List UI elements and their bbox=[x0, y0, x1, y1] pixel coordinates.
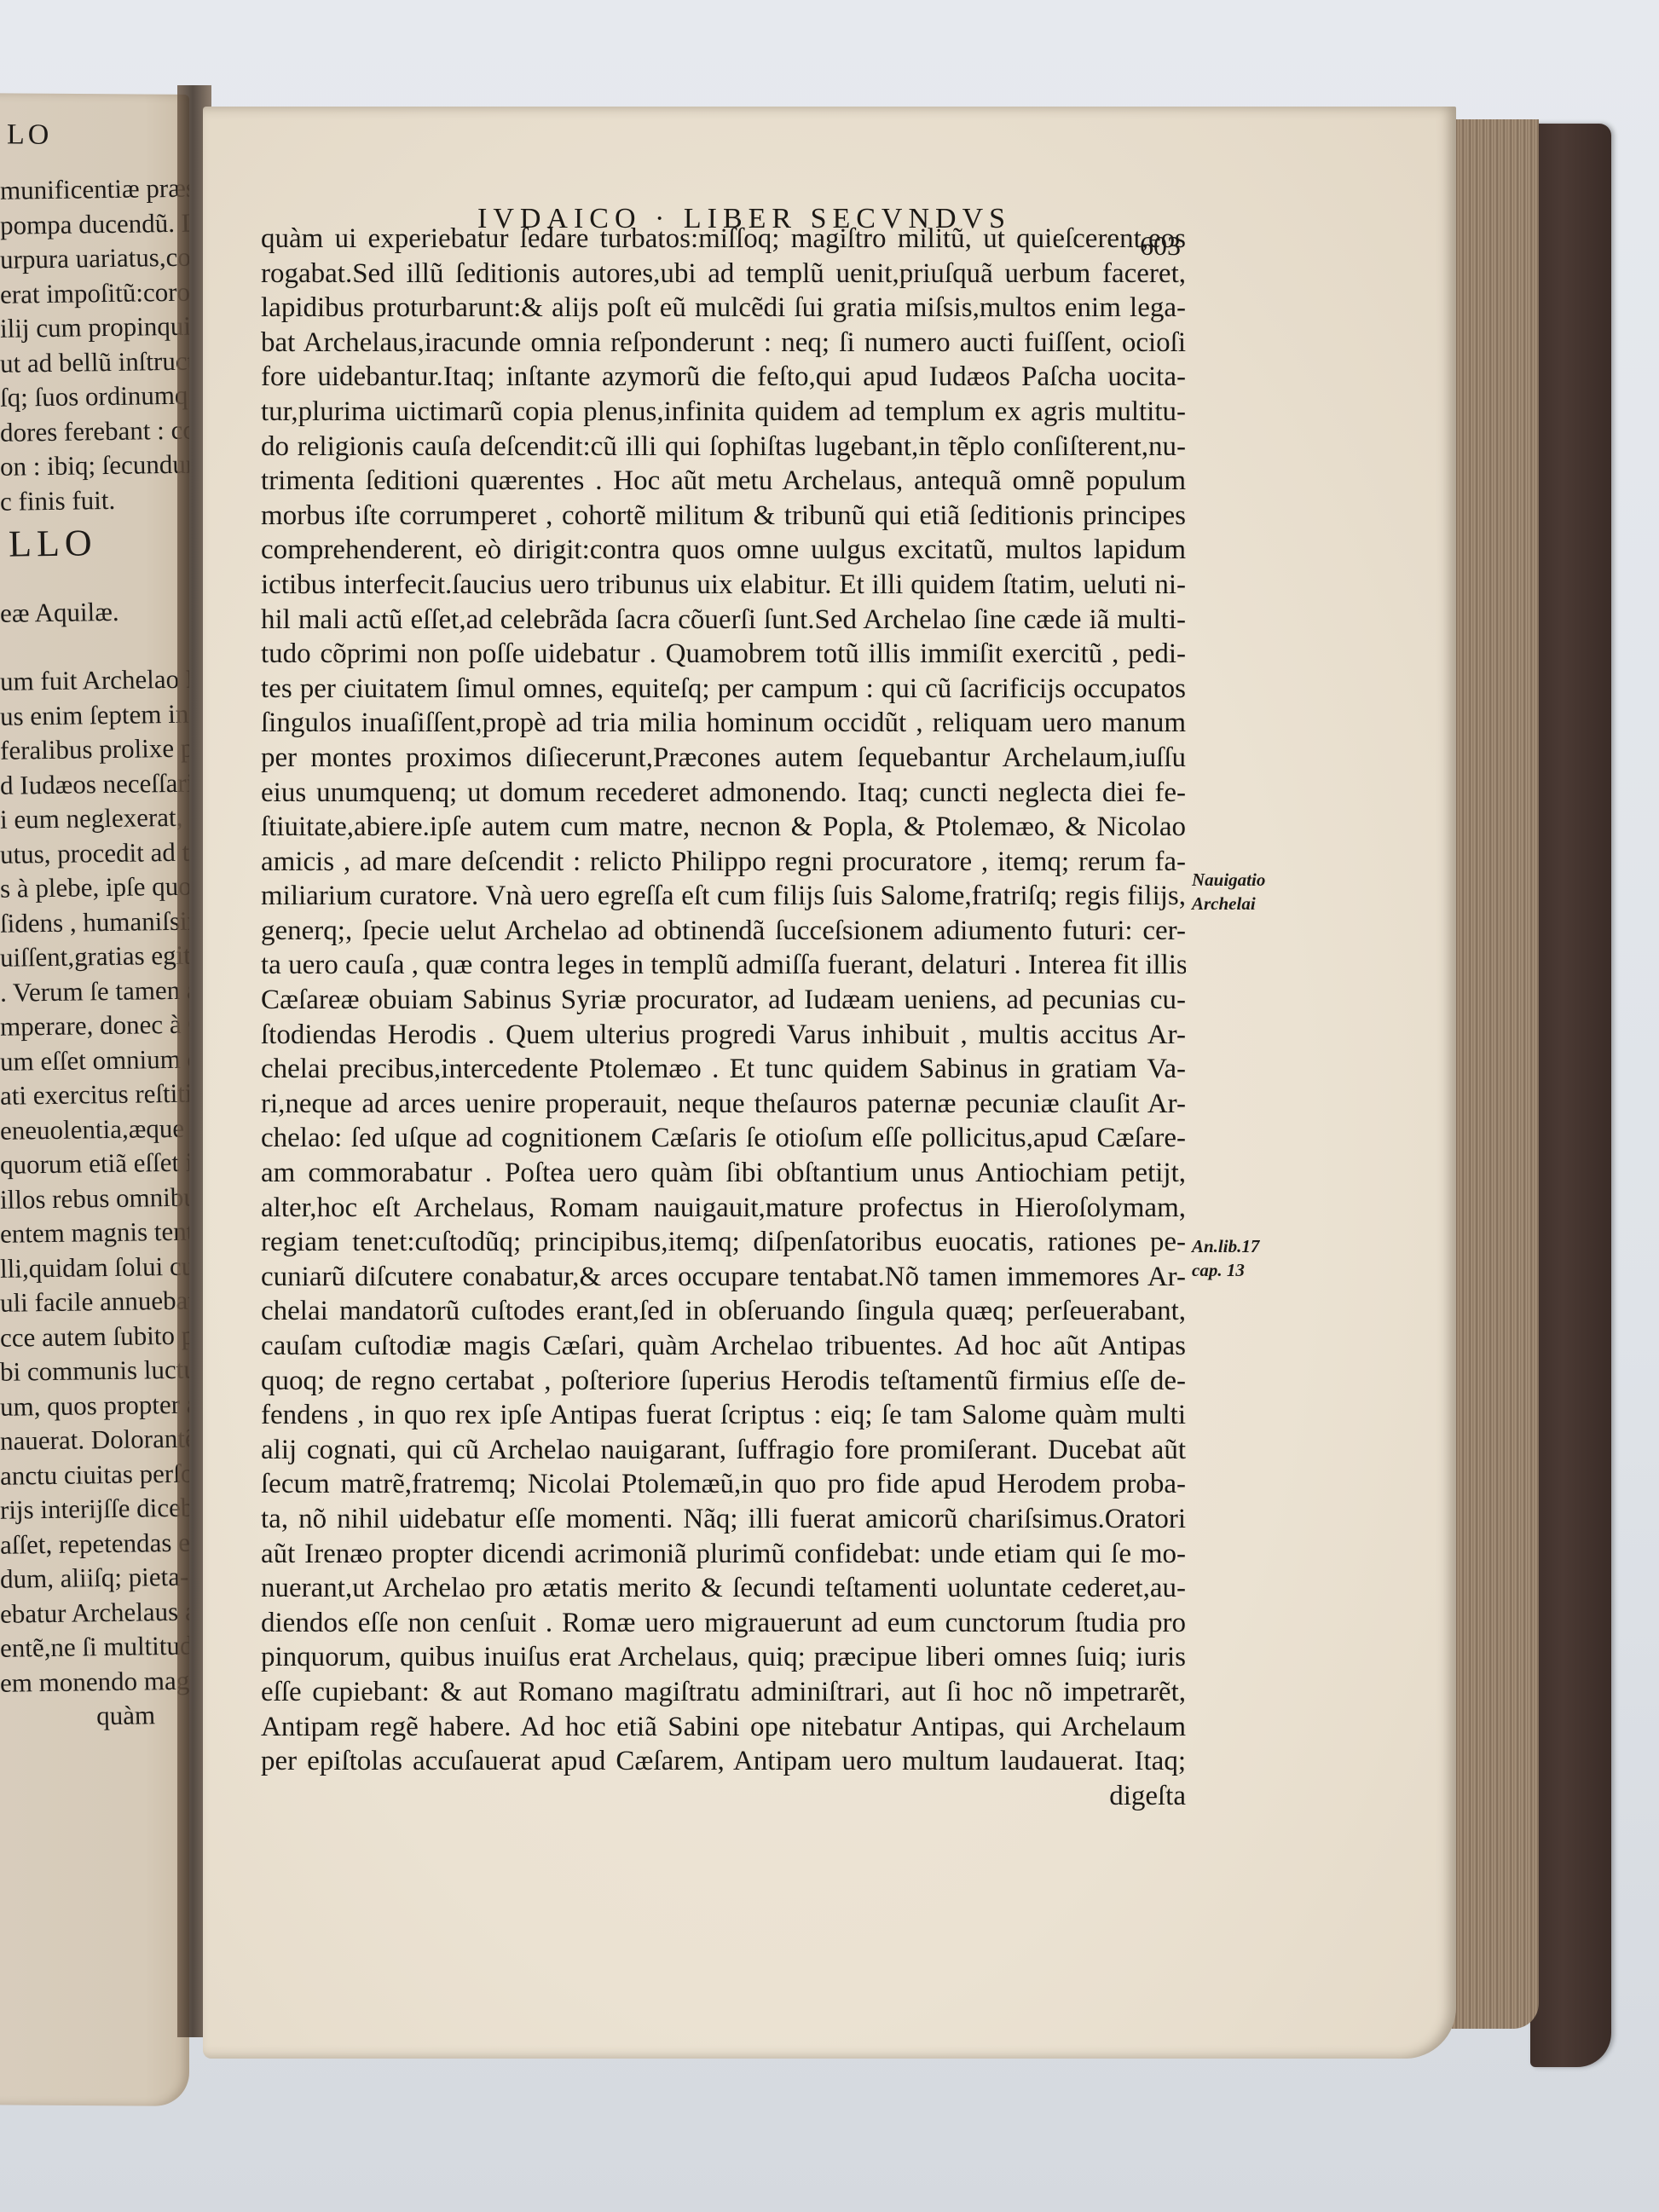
text-line: fore uidebantur.Itaq; inſtante azymorũ d… bbox=[261, 360, 1186, 395]
verso-line: mperare, donec à Cæ bbox=[0, 1008, 181, 1044]
verso-subhead: eæ Aquilæ. bbox=[0, 593, 181, 630]
verso-catchword: quàm bbox=[0, 1698, 181, 1735]
text-line: per montes proximos diſiecerunt,Præcones… bbox=[261, 741, 1186, 776]
verso-line: quorum etiã eſſet im- bbox=[0, 1146, 181, 1182]
verso-line: rijs interijſſe dicebant. bbox=[0, 1491, 181, 1528]
text-line: bat Archelaus,iracunde omnia reſponderun… bbox=[261, 326, 1186, 361]
book-cover-board bbox=[1530, 124, 1611, 2067]
verso-line: c finis fuit. bbox=[0, 482, 181, 518]
verso-line: d Iudæos neceſſario bbox=[0, 765, 181, 802]
verso-line: dores ferebant : co- bbox=[0, 413, 181, 449]
text-line: quoq; de regno certabat , poſteriore ſup… bbox=[261, 1364, 1186, 1399]
text-line: tes per ciuitatem ſimul omnes, equiteſq;… bbox=[261, 672, 1186, 707]
text-line: tur,plurima uictimarũ copia plenus,infin… bbox=[261, 395, 1186, 430]
verso-line: urpura uariatus,co- bbox=[0, 240, 181, 277]
margin-note-line: Nauigatio bbox=[1192, 868, 1265, 892]
page-fore-edges bbox=[1445, 119, 1539, 2029]
margin-note-line: Archelai bbox=[1192, 892, 1265, 915]
text-line: ictibus interfecit.ſaucius uero tribunus… bbox=[261, 568, 1186, 603]
margin-note-line: cap. 13 bbox=[1192, 1258, 1259, 1282]
verso-line: on : ibiq; ſecundum bbox=[0, 448, 181, 484]
verso-line: nauerat. Dolorantẽ bbox=[0, 1422, 181, 1458]
verso-line: pompa ducendũ. Le bbox=[0, 205, 181, 242]
verso-line: ſidens , humaniſsime bbox=[0, 904, 181, 940]
verso-line: i eum neglexerat, im- bbox=[0, 800, 181, 837]
text-line: ſtiuitate,abiere.ipſe autem cum matre, n… bbox=[261, 810, 1186, 845]
text-line: eius unumquenq; ut domum recederet admon… bbox=[261, 776, 1186, 811]
verso-line: uli facile annuebat Ar bbox=[0, 1284, 181, 1320]
verso-line: ſq; ſuos ordinumq; bbox=[0, 378, 181, 415]
verso-line: um fuit Archelao Ro bbox=[0, 662, 181, 699]
verso-line: utus, procedit ad tem bbox=[0, 835, 181, 871]
text-line: morbus iſte corrumperet , cohortẽ militu… bbox=[261, 499, 1186, 534]
verso-line: ebatur Archelaus ad bbox=[0, 1594, 181, 1631]
verso-line: ilij cum propinquis, bbox=[0, 309, 181, 346]
verso-line: . Verum ſe tamen ait bbox=[0, 973, 181, 1009]
text-line: tudo cõprimi non poſſe uidebatur . Quamo… bbox=[261, 637, 1186, 672]
verso-text-block: munificentiæ præs pompa ducendũ. Le urpu… bbox=[0, 170, 181, 1732]
text-line: generq;, ſpecie uelut Archelao ad obtine… bbox=[261, 914, 1186, 949]
verso-line: uiſſent,gratias egit, & bbox=[0, 939, 181, 975]
text-line: Cæſareæ obuiam Sabinus Syriæ procurator,… bbox=[261, 983, 1186, 1018]
verso-line: um eſſet omnium do- bbox=[0, 1042, 181, 1078]
text-line: do religionis cauſa deſcendit:cũ illi qu… bbox=[261, 430, 1186, 465]
verso-line: eneuolentia,æque mili bbox=[0, 1111, 181, 1147]
text-line: quàm ui experiebatur ſedare turbatos:miſ… bbox=[261, 222, 1186, 257]
verso-line: cce autem ſubito poſt bbox=[0, 1318, 181, 1354]
verso-line: um, quos propter ab bbox=[0, 1387, 181, 1424]
text-line: alij cognati, qui cũ Archelao nauigarant… bbox=[261, 1433, 1186, 1468]
verso-line: em monendo magis bbox=[0, 1663, 181, 1700]
margin-note-navigatio: Nauigatio Archelai bbox=[1192, 868, 1265, 915]
text-line: diendos eſſe non cenſuit . Romæ uero mig… bbox=[261, 1606, 1186, 1641]
text-line: ta, nõ nihil uidebatur eſſe momenti. Nãq… bbox=[261, 1502, 1186, 1537]
text-line: alter,hoc eſt Archelaus, Romam nauigauit… bbox=[261, 1191, 1186, 1226]
verso-line: s à plebe, ipſe quoq; bbox=[0, 869, 181, 906]
text-line: ſtodiendas Herodis . Quem ulterius progr… bbox=[261, 1018, 1186, 1053]
verso-section-head: LLO bbox=[0, 525, 181, 562]
catchword: digeſta bbox=[261, 1779, 1186, 1814]
verso-running-head: LO bbox=[7, 118, 52, 151]
margin-note-reference: An.lib.17 cap. 13 bbox=[1192, 1234, 1259, 1282]
text-line: am commorabatur . Poſtea uero quàm ſibi … bbox=[261, 1156, 1186, 1191]
text-line: nuerant,ut Archelao pro ætatis merito & … bbox=[261, 1571, 1186, 1606]
verso-line: aſſet, repetendas eſſe bbox=[0, 1525, 181, 1562]
verso-line: entẽ,ne ſi multitudi- bbox=[0, 1629, 181, 1666]
text-line: cauſam cuſtodiæ magis Cæſari, quàm Arche… bbox=[261, 1329, 1186, 1364]
verso-line: erat impoſitũ:coro bbox=[0, 274, 181, 311]
verso-line: feralibus prolixe po- bbox=[0, 731, 181, 768]
text-line: amicis , ad mare deſcendit : relicto Phi… bbox=[261, 845, 1186, 880]
text-line: chelai mandatorũ cuſtodes erant,ſed in o… bbox=[261, 1294, 1186, 1329]
text-line: chelai precibus,intercedente Ptolemæo . … bbox=[261, 1052, 1186, 1087]
text-line: ſecum matrẽ,fratremq; Nicolai Ptolemæũ,i… bbox=[261, 1467, 1186, 1502]
text-line: lapidibus proturbarunt:& alijs poſt eũ m… bbox=[261, 291, 1186, 326]
verso-line: bi communis luctus bbox=[0, 1353, 181, 1389]
text-line: miliarium curatore. Vnà uero egreſſa eſt… bbox=[261, 879, 1186, 914]
text-line: cuniarũ diſcutere conabatur,& arces occu… bbox=[261, 1260, 1186, 1295]
text-line: rogabat.Sed illũ ſeditionis autores,ubi … bbox=[261, 257, 1186, 292]
verso-line: ut ad bellũ inſtructi bbox=[0, 344, 181, 380]
text-line: pinquorum, quibus inuiſus erat Archelaus… bbox=[261, 1640, 1186, 1675]
verso-line: ati exercitus reſtitiſſe, bbox=[0, 1077, 181, 1113]
recto-text-block: quàm ui experiebatur ſedare turbatos:miſ… bbox=[261, 222, 1186, 1813]
text-line: ta uero cauſa , quæ contra leges in temp… bbox=[261, 948, 1186, 983]
verso-line: munificentiæ præs bbox=[0, 171, 181, 208]
verso-line: lli,quidam ſolui cuſto bbox=[0, 1249, 181, 1285]
verso-line: us enim ſeptem in lu- bbox=[0, 696, 181, 733]
verso-spacer bbox=[0, 628, 181, 665]
text-line: hil mali actũ eſſet,ad celebrãda ſacra c… bbox=[261, 603, 1186, 638]
text-line: Antipam regẽ habere. Ad hoc etiã Sabini … bbox=[261, 1710, 1186, 1745]
text-line: ſingulos inuaſiſſent,propè ad tria milia… bbox=[261, 706, 1186, 741]
text-line: ri,neque ad arces uenire properauit, neq… bbox=[261, 1087, 1186, 1122]
text-line: regiam tenet:cuſtodũq; principibus,itemq… bbox=[261, 1225, 1186, 1260]
text-line: fendens , in quo rex ipſe Antipas fuerat… bbox=[261, 1398, 1186, 1433]
text-line: trimenta ſeditioni quærentes . Hoc aũt m… bbox=[261, 464, 1186, 499]
verso-page-fragment: LO munificentiæ præs pompa ducendũ. Le u… bbox=[0, 93, 189, 2106]
text-line: comprehenderent, eò dirigit:contra quos … bbox=[261, 533, 1186, 568]
verso-line: dum, aliiſq; pieta- bbox=[0, 1560, 181, 1597]
text-line: aũt Irenæo propter dicendi acrimoniã plu… bbox=[261, 1537, 1186, 1572]
margin-note-line: An.lib.17 bbox=[1192, 1234, 1259, 1258]
verso-line: entem magnis tentare bbox=[0, 1215, 181, 1251]
text-line: per epiſtolas accuſauerat apud Cæſarem, … bbox=[261, 1744, 1186, 1779]
verso-line: anctu ciuitas perſona bbox=[0, 1456, 181, 1493]
verso-line: illos rebus omnibus bbox=[0, 1180, 181, 1216]
text-line: eſſe cupiebant: & aut Romano magiſtratu … bbox=[261, 1675, 1186, 1710]
text-line: chelao: ſed uſque ad cognitionem Cæſaris… bbox=[261, 1121, 1186, 1156]
